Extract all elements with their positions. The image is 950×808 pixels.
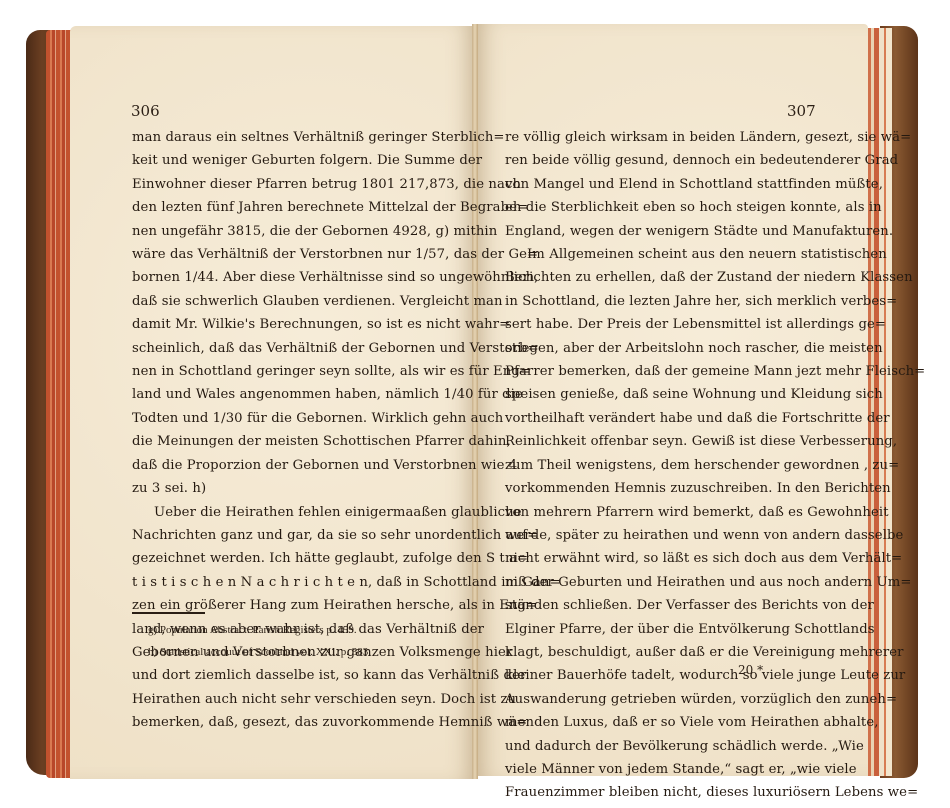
- text-line: Ueber die Heirathen fehlen einigermaaßen…: [132, 501, 454, 524]
- footnote-rule: [132, 612, 205, 614]
- text-line: Auswanderung getrieben würden, vorzüglic…: [505, 688, 825, 711]
- text-line: speisen genieße, daß seine Wohnung und K…: [505, 383, 825, 406]
- text-line: Berichten zu erhellen, daß der Zustand d…: [505, 266, 825, 289]
- text-line: re völlig gleich wirksam in beiden Lände…: [505, 126, 825, 149]
- text-line: land und Wales angenommen haben, nämlich…: [132, 383, 454, 406]
- text-line: niß der Geburten und Heirathen und aus n…: [505, 571, 825, 594]
- right-page-body: re völlig gleich wirksam in beiden Lände…: [505, 126, 825, 805]
- text-line: keit und weniger Geburten folgern. Die S…: [132, 149, 454, 172]
- text-line: von Mangel und Elend in Schottland statt…: [505, 173, 825, 196]
- text-line: England, wegen der wenigern Städte und M…: [505, 220, 825, 243]
- text-line: von mehrern Pfarrern wird bemerkt, daß e…: [505, 501, 825, 524]
- text-line: den lezten fünf Jahren berechnete Mittel…: [132, 196, 454, 219]
- text-line: man daraus ein seltnes Verhältniß gering…: [132, 126, 454, 149]
- text-line: nen ungefähr 3815, die der Gebornen 4928…: [132, 220, 454, 243]
- text-line: nicht erwähnt wird, so läßt es sich doch…: [505, 547, 825, 570]
- text-line: bemerken, daß, gesezt, das zuvorkommende…: [132, 711, 454, 734]
- text-line: Todten und 1/30 für die Gebornen. Wirkli…: [132, 407, 454, 430]
- text-line: die Meinungen der meisten Schottischen P…: [132, 430, 454, 453]
- text-line: Heirathen auch nicht sehr verschieden se…: [132, 688, 454, 711]
- text-line: in Schottland, die lezten Jahre her, sic…: [505, 290, 825, 313]
- page-number-left: 306: [131, 102, 160, 120]
- text-line: werde, später zu heirathen und wenn von …: [505, 524, 825, 547]
- text-line: t i s t i s c h e n N a c h r i c h t e …: [132, 571, 454, 594]
- footnote-h: h) Statistical accouut of Scotland vol. …: [148, 646, 371, 658]
- text-line: zum Theil wenigstens, dem herschender ge…: [505, 454, 825, 477]
- text-line: bornen 1/44. Aber diese Verhältnisse sin…: [132, 266, 454, 289]
- footnote-g: g) Population Abstract. Parish Registers…: [148, 624, 357, 636]
- text-line: ständen schließen. Der Verfasser des Ber…: [505, 594, 825, 617]
- text-line: menden Luxus, daß er so Viele vom Heirat…: [505, 711, 825, 734]
- page-number-right: 307: [787, 102, 816, 120]
- text-line: daß sie schwerlich Glauben verdienen. Ve…: [132, 290, 454, 313]
- text-line: wäre das Verhältniß der Verstorbnen nur …: [132, 243, 454, 266]
- text-line: zen ein größerer Hang zum Heirathen hers…: [132, 594, 454, 617]
- text-line: und dort ziemlich dasselbe ist, so kann …: [132, 664, 454, 687]
- text-line: daß die Proporzion der Gebornen und Vers…: [132, 454, 454, 477]
- text-line: vorkommenden Hemnis zuzuschreiben. In de…: [505, 477, 825, 500]
- text-line: Nachrichten ganz und gar, da sie so sehr…: [132, 524, 454, 547]
- text-line: Einwohner dieser Pfarren betrug 1801 217…: [132, 173, 454, 196]
- text-line: zu 3 sei. h): [132, 477, 454, 500]
- left-page-body: man daraus ein seltnes Verhältniß gering…: [132, 126, 454, 735]
- text-line: vortheilhaft verändert habe und daß die …: [505, 407, 825, 430]
- text-line: viele Männer von jedem Stande,“ sagt er,…: [505, 758, 825, 781]
- text-line: Pfarrer bemerken, daß der gemeine Mann j…: [505, 360, 825, 383]
- text-line: sert habe. Der Preis der Lebensmittel is…: [505, 313, 825, 336]
- text-line: Frauenzimmer bleiben nicht, dieses luxur…: [505, 781, 825, 804]
- signature-mark: 20 *: [738, 663, 763, 677]
- open-book: 306 307 man daraus ein seltnes Verhältni…: [0, 0, 950, 808]
- text-line: Elginer Pfarre, der über die Entvölkerun…: [505, 618, 825, 641]
- text-line: Reinlichkeit offenbar seyn. Gewiß ist di…: [505, 430, 825, 453]
- text-line: eh die Sterblichkeit eben so hoch steige…: [505, 196, 825, 219]
- text-line: ren beide völlig gesund, dennoch ein bed…: [505, 149, 825, 172]
- text-line: und dadurch der Bevölkerung schädlich we…: [505, 735, 825, 758]
- text-line: scheinlich, daß das Verhältniß der Gebor…: [132, 337, 454, 360]
- text-line: stiegen, aber der Arbeitslohn noch rasch…: [505, 337, 825, 360]
- text-line: gezeichnet werden. Ich hätte geglaubt, z…: [132, 547, 454, 570]
- text-line: klagt, beschuldigt, außer daß er die Ver…: [505, 641, 825, 664]
- text-line: nen in Schottland geringer seyn sollte, …: [132, 360, 454, 383]
- text-line: kleiner Bauerhöfe tadelt, wodurch so vie…: [505, 664, 825, 687]
- text-line: damit Mr. Wilkie's Berechnungen, so ist …: [132, 313, 454, 336]
- text-line: Im Allgemeinen scheint aus den neuern st…: [505, 243, 825, 266]
